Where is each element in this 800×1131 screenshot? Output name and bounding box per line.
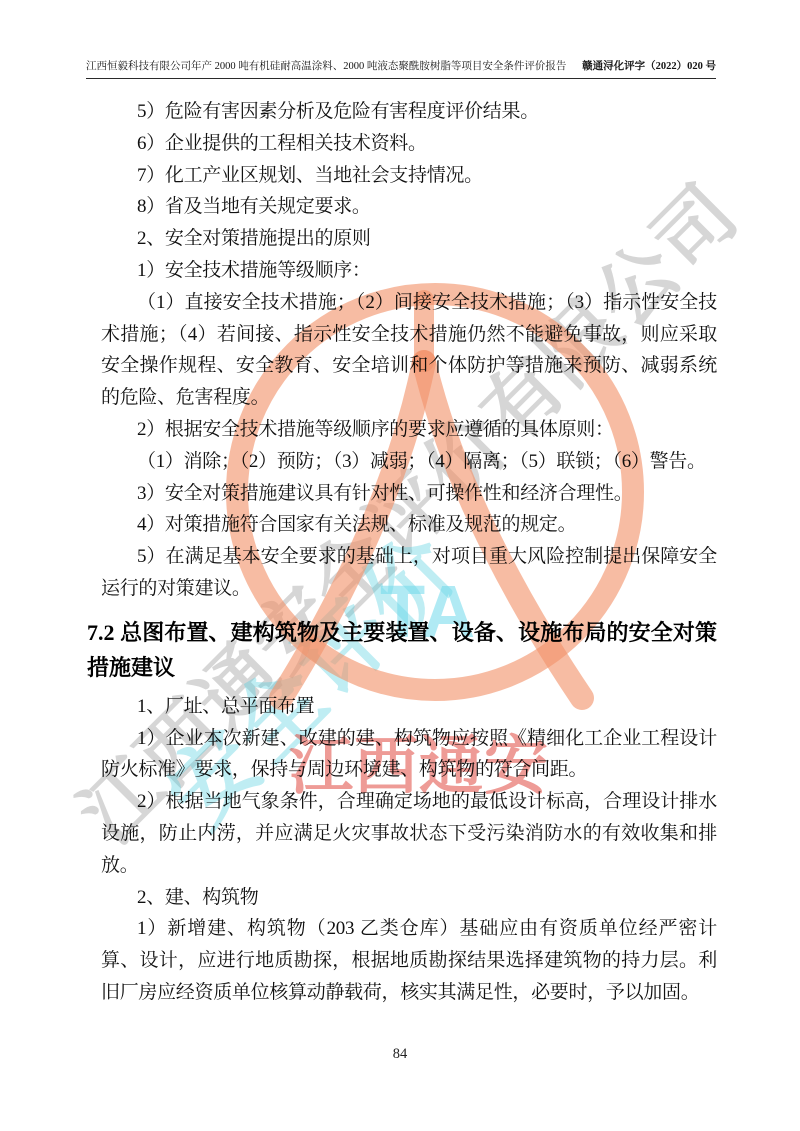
document-page: 江西恒毅科技有限公司年产 2000 吨有机硅耐高温涂料、2000 吨液态聚酰胺树…: [0, 0, 800, 1131]
paragraph: （1）直接安全技术措施；（2）间接安全技术措施；（3）指示性安全技术措施；（4）…: [101, 287, 717, 414]
paragraph: 3）安全对策措施建议具有针对性、可操作性和经济合理性。: [101, 478, 717, 510]
page-header: 江西恒毅科技有限公司年产 2000 吨有机硅耐高温涂料、2000 吨液态聚酰胺树…: [86, 58, 716, 79]
paragraph: 5）在满足基本安全要求的基础上，对项目重大风险控制提出保障安全运行的对策建议。: [101, 541, 717, 605]
page-number: 84: [393, 1046, 408, 1062]
document-body: 5）危险有害因素分析及危险有害程度评价结果。 6）企业提供的工程相关技术资料。 …: [101, 96, 717, 1009]
paragraph: 5）危险有害因素分析及危险有害程度评价结果。: [101, 96, 717, 128]
section-heading-7-2: 7.2 总图布置、建构筑物及主要装置、设备、设施布局的安全对策措施建议: [87, 615, 717, 685]
paragraph: 6）企业提供的工程相关技术资料。: [101, 128, 717, 160]
paragraph: 1）新增建、构筑物（203 乙类仓库）基础应由有资质单位经严密计算、设计，应进行…: [101, 913, 717, 1008]
paragraph: 8）省及当地有关规定要求。: [101, 191, 717, 223]
paragraph: 4）对策措施符合国家有关法规、标准及规范的规定。: [101, 509, 717, 541]
paragraph: 2）根据当地气象条件，合理确定场地的最低设计标高，合理设计排水设施，防止内涝，并…: [101, 786, 717, 881]
paragraph: （1）消除；（2）预防；（3）减弱；（4）隔离；（5）联锁；（6）警告。: [101, 446, 717, 478]
paragraph: 2、安全对策措施提出的原则: [101, 223, 717, 255]
paragraph: 1）安全技术措施等级顺序：: [101, 255, 717, 287]
paragraph: 7）化工产业区规划、当地社会支持情况。: [101, 160, 717, 192]
header-document-number: 赣通浔化评字（2022）020 号: [582, 58, 716, 73]
page-footer: 84: [0, 1046, 800, 1063]
paragraph: 2）根据安全技术措施等级顺序的要求应遵循的具体原则：: [101, 414, 717, 446]
paragraph: 1、厂址、总平面布置: [101, 691, 717, 723]
paragraph: 1）企业本次新建、改建的建、构筑物应按照《精细化工企业工程设计防火标准》要求，保…: [101, 723, 717, 787]
paragraph: 2、建、构筑物: [101, 882, 717, 914]
header-report-title: 江西恒毅科技有限公司年产 2000 吨有机硅耐高温涂料、2000 吨液态聚酰胺树…: [86, 58, 566, 73]
